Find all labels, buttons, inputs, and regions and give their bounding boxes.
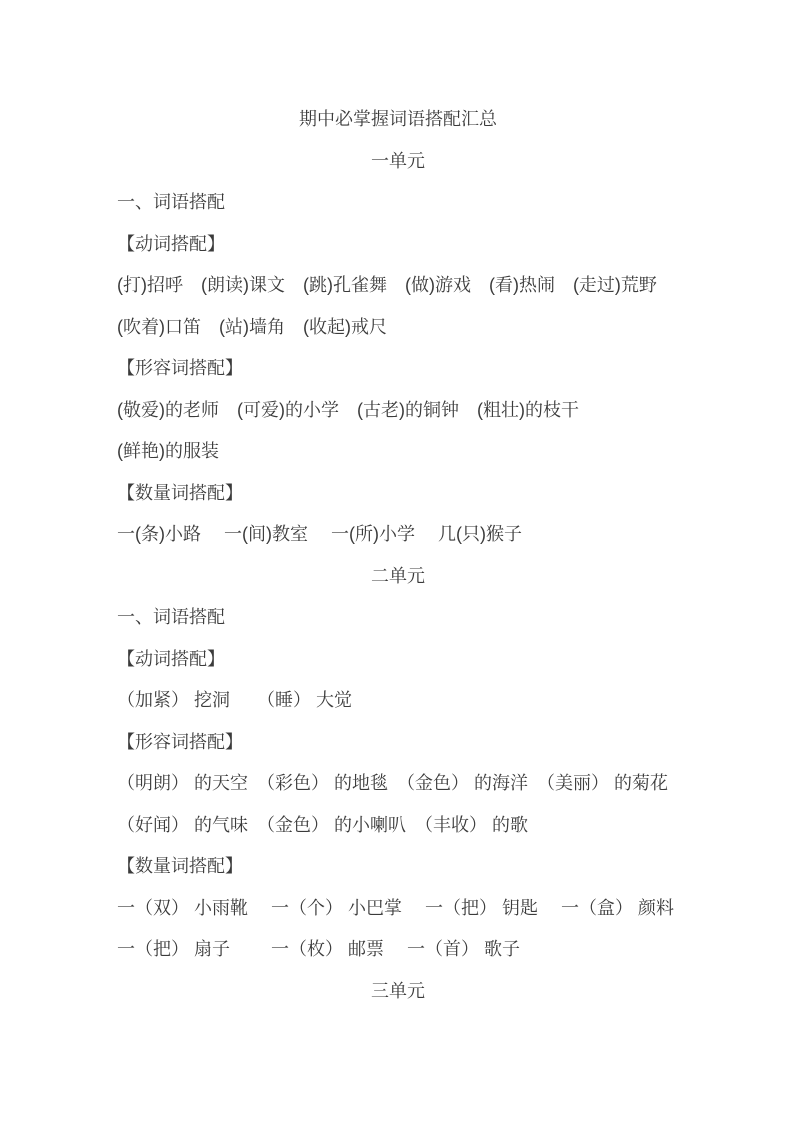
unit-2-adjective-line-1: （明朗） 的天空 （彩色） 的地毯 （金色） 的海洋 （美丽） 的菊花	[117, 763, 679, 805]
unit-2-quantifier-group-label: 【数量词搭配】	[117, 846, 679, 888]
unit-1-heading: 一单元	[117, 141, 679, 183]
unit-2-adjective-group-label: 【形容词搭配】	[117, 722, 679, 764]
unit-1-quantifier-group-label: 【数量词搭配】	[117, 473, 679, 515]
unit-2-adjective-line-2: （好闻） 的气味 （金色） 的小喇叭 （丰收） 的歌	[117, 805, 679, 847]
unit-1-verb-group-label: 【动词搭配】	[117, 224, 679, 266]
unit-2-quantifier-line-2: 一（把） 扇子 一（枚） 邮票 一（首） 歌子	[117, 929, 679, 971]
unit-1-adjective-line-1: (敬爱)的老师 (可爱)的小学 (古老)的铜钟 (粗壮)的枝干	[117, 390, 679, 432]
unit-2-section-title: 一、词语搭配	[117, 597, 679, 639]
unit-3-heading: 三单元	[117, 971, 679, 1013]
unit-1-adjective-line-2: (鲜艳)的服装	[117, 431, 679, 473]
document-page: 期中必掌握词语搭配汇总 一单元 一、词语搭配 【动词搭配】 (打)招呼 (朗读)…	[0, 0, 793, 1122]
unit-1-verb-line-1: (打)招呼 (朗读)课文 (跳)孔雀舞 (做)游戏 (看)热闹 (走过)荒野	[117, 265, 679, 307]
unit-1-section-title: 一、词语搭配	[117, 182, 679, 224]
unit-1-verb-line-2: (吹着)口笛 (站)墙角 (收起)戒尺	[117, 307, 679, 349]
unit-2-heading: 二单元	[117, 556, 679, 598]
unit-2-verb-group-label: 【动词搭配】	[117, 639, 679, 681]
unit-2-verb-line-1: （加紧） 挖洞 （睡） 大觉	[117, 680, 679, 722]
document-title: 期中必掌握词语搭配汇总	[117, 99, 679, 141]
unit-1-quantifier-line-1: 一(条)小路 一(间)教室 一(所)小学 几(只)猴子	[117, 514, 679, 556]
unit-1-adjective-group-label: 【形容词搭配】	[117, 348, 679, 390]
unit-2-quantifier-line-1: 一（双） 小雨靴 一（个） 小巴掌 一（把） 钥匙 一（盒） 颜料	[117, 888, 679, 930]
